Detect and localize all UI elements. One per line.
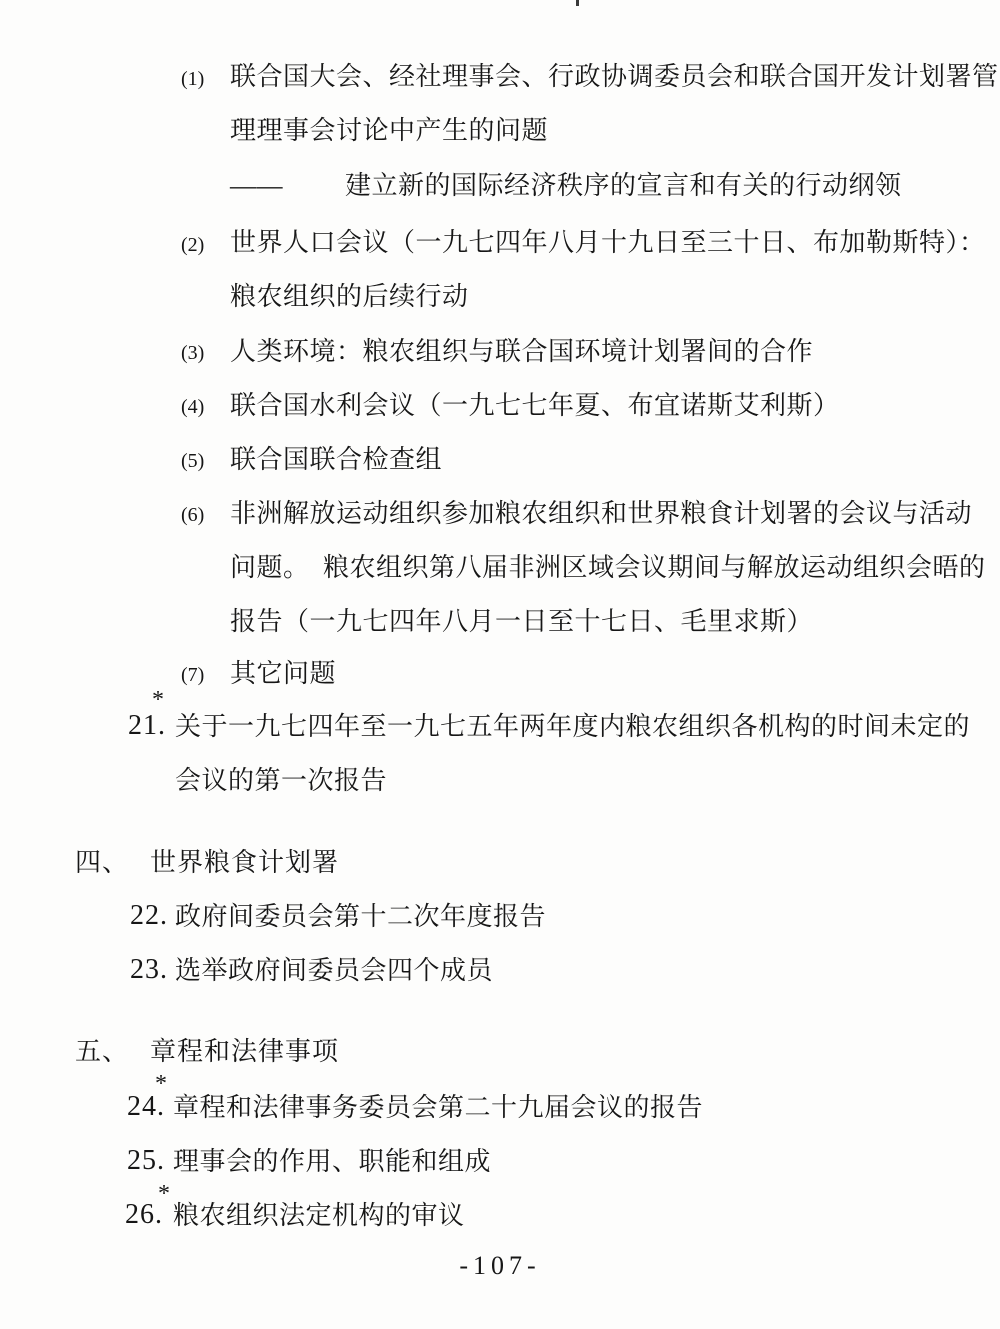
agenda-line: 建立新的国际经济秩序的宣言和有关的行动纲领 xyxy=(345,173,902,199)
list-marker-3: (3) xyxy=(181,343,204,363)
agenda-line: 粮农组织的后续行动 xyxy=(230,284,469,310)
scanned-document-page: (1) 联合国大会、经社理事会、行政协调委员会和联合国开发计划署管 理理事会讨论… xyxy=(0,0,1000,1329)
agenda-line: 选举政府间委员会四个成员 xyxy=(175,958,493,984)
agenda-line: 其它问题 xyxy=(230,661,336,687)
item-number-22: 22. xyxy=(130,902,168,930)
section-label-5: 五、 xyxy=(75,1039,129,1065)
agenda-line: 关于一九七四年至一九七五年两年度内粮农组织各机构的时间未定的 xyxy=(175,714,970,740)
agenda-line: 联合国联合检查组 xyxy=(230,447,442,473)
footnote-asterisk: * xyxy=(152,688,164,712)
list-marker-4: (4) xyxy=(181,397,204,417)
agenda-line: 报告（一九七四年八月一日至十七日、毛里求斯） xyxy=(230,609,813,635)
item-number-21: 21. xyxy=(128,712,166,740)
agenda-line: 联合国水利会议（一九七七年夏、布宜诺斯艾利斯） xyxy=(230,393,840,419)
section-title-5: 章程和法律事项 xyxy=(150,1039,339,1065)
agenda-line: 粮农组织法定机构的审议 xyxy=(173,1203,465,1229)
agenda-line: 世界人口会议（一九七四年八月十九日至三十日、布加勒斯特）： xyxy=(230,230,986,256)
item-number-26: 26. xyxy=(125,1201,163,1229)
list-marker-1: (1) xyxy=(181,69,204,89)
item-number-25: 25. xyxy=(127,1147,165,1175)
list-marker-7: (7) xyxy=(181,665,204,685)
agenda-line: 会议的第一次报告 xyxy=(175,768,387,794)
page-number: -107- xyxy=(0,1253,1000,1279)
scan-artifact-speck xyxy=(576,0,579,6)
agenda-line: 问题。 粮农组织第八届非洲区域会议期间与解放运动组织会晤的 xyxy=(230,555,986,581)
list-marker-5: (5) xyxy=(181,451,204,471)
sub-dash: —— xyxy=(230,173,283,199)
item-number-24: 24. xyxy=(127,1093,165,1121)
section-label-4: 四、 xyxy=(75,850,129,876)
agenda-line: 理理事会讨论中产生的问题 xyxy=(230,118,548,144)
agenda-line: 理事会的作用、职能和组成 xyxy=(173,1149,491,1175)
agenda-line: 章程和法律事务委员会第二十九届会议的报告 xyxy=(173,1095,703,1121)
agenda-line: 政府间委员会第十二次年度报告 xyxy=(175,904,546,930)
agenda-line: 人类环境：粮农组织与联合国环境计划署间的合作 xyxy=(230,339,813,365)
list-marker-2: (2) xyxy=(181,235,204,255)
section-title-4: 世界粮食计划署 xyxy=(150,850,339,876)
agenda-line: 非洲解放运动组织参加粮农组织和世界粮食计划署的会议与活动 xyxy=(230,501,972,527)
item-number-23: 23. xyxy=(130,956,168,984)
agenda-line: 联合国大会、经社理事会、行政协调委员会和联合国开发计划署管 xyxy=(230,64,999,90)
list-marker-6: (6) xyxy=(181,505,204,525)
